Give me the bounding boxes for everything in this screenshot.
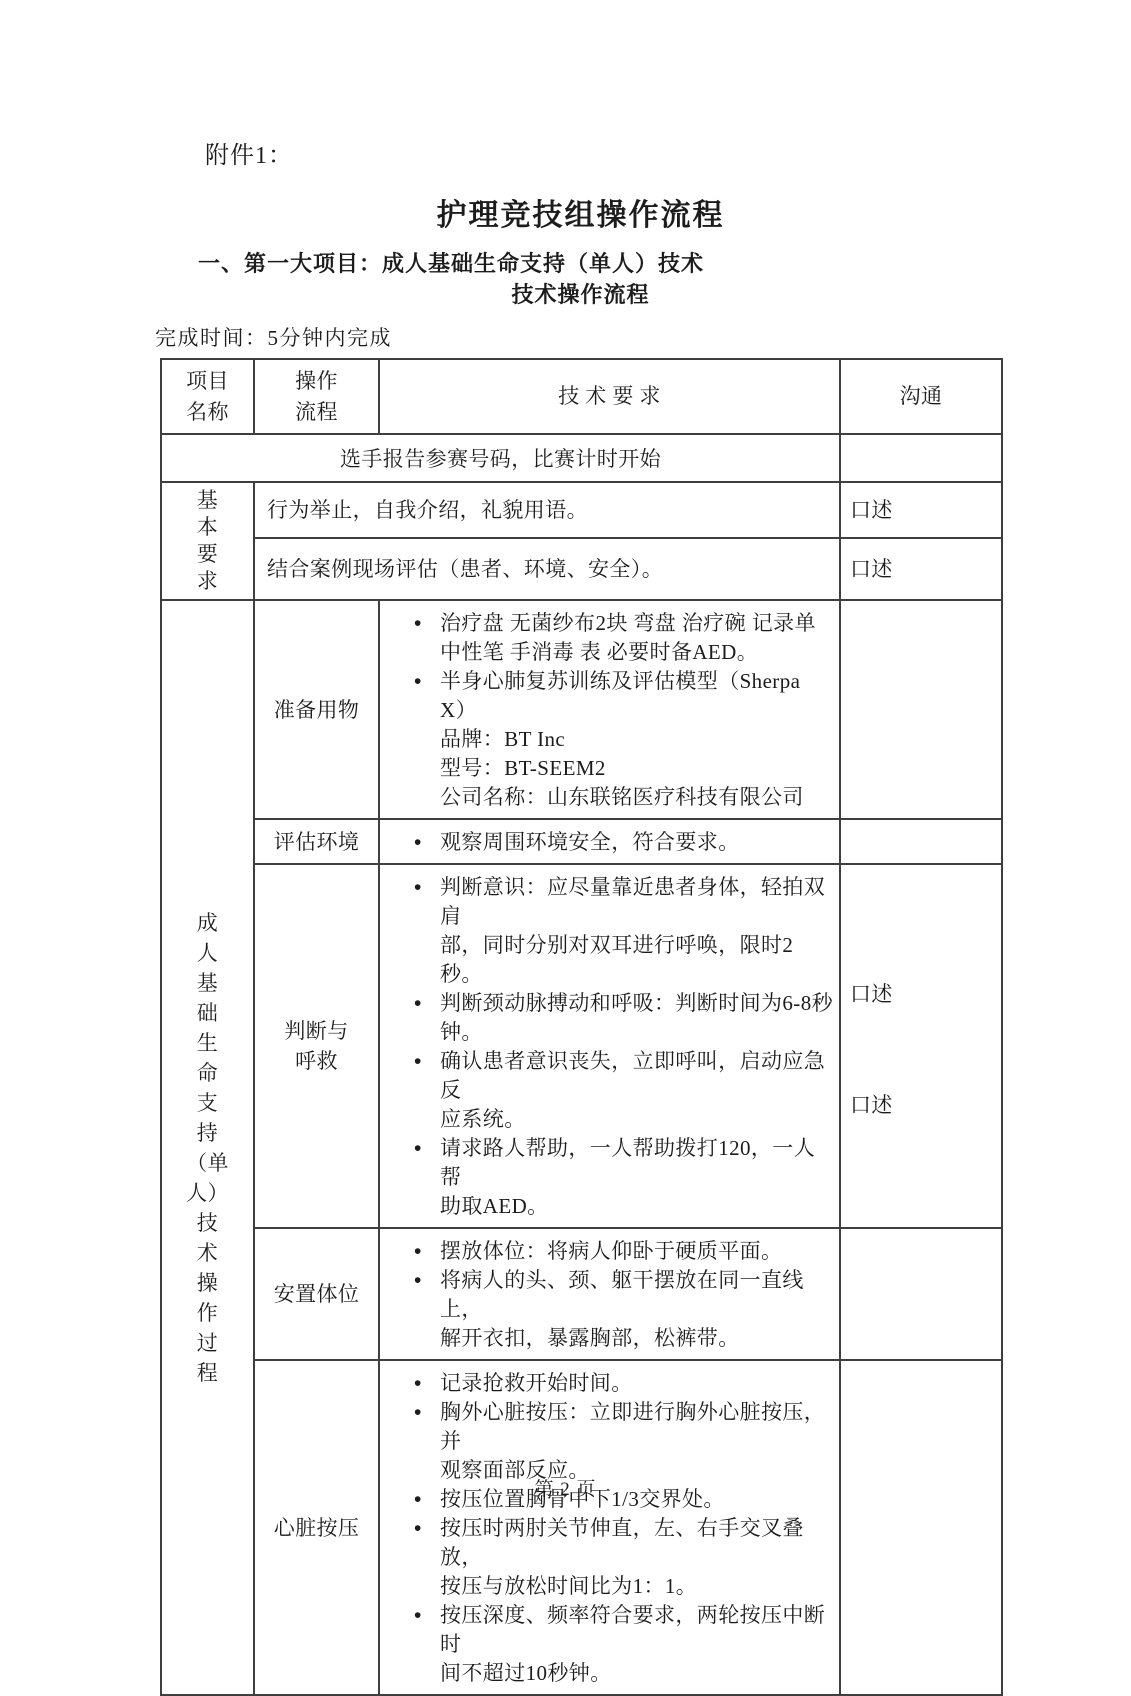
step-name-judge-and-call: 判断与 呼救: [254, 864, 379, 1228]
step-name-assess-environment: 评估环境: [254, 819, 379, 864]
bullet-item: 判断意识：应尽量靠近患者身体，轻拍双肩 部，同时分别对双耳进行呼唤，限时2秒。: [414, 873, 833, 989]
step-content-prepare-supplies: 治疗盘 无菌纱布2块 弯盘 治疗碗 记录单 中性笔 手消毒 表 必要时备AED。…: [379, 600, 840, 819]
document-page: { "page": { "attachment_label": "附件1：", …: [0, 0, 1131, 1600]
comm-note: 口述: [850, 1091, 1001, 1120]
bullet-item: 判断颈动脉搏动和呼吸：判断时间为6-8秒 钟。: [414, 989, 833, 1047]
bullet-item: 胸外心脏按压：立即进行胸外心脏按压，并 观察面部反应。: [414, 1398, 833, 1485]
table-row: 安置体位 摆放体位：将病人仰卧于硬质平面。 将病人的头、颈、躯干摆放在同一直线上…: [161, 1228, 1002, 1360]
bullet-item: 按压深度、频率符合要求，两轮按压中断时 间不超过10秒钟。: [414, 1601, 833, 1688]
bullet-item: 确认患者意识丧失，立即呼叫，启动应急反 应系统。: [414, 1047, 833, 1134]
completion-time-note: 完成时间：5分钟内完成: [155, 322, 392, 352]
step-content-judge-and-call: 判断意识：应尽量靠近患者身体，轻拍双肩 部，同时分别对双耳进行呼唤，限时2秒。 …: [379, 864, 840, 1228]
bullet-item: 摆放体位：将病人仰卧于硬质平面。: [414, 1237, 833, 1266]
start-row-text: 选手报告参赛号码，比赛计时开始: [161, 434, 840, 482]
basic-requirement-2: 结合案例现场评估（患者、环境、安全）。: [254, 538, 840, 600]
table-row: 判断与 呼救 判断意识：应尽量靠近患者身体，轻拍双肩 部，同时分别对双耳进行呼唤…: [161, 864, 1002, 1228]
comm-basic-1: 口述: [840, 482, 1002, 538]
bullet-item: 按压时两肘关节伸直，左、右手交叉叠放， 按压与放松时间比为1：1。: [414, 1514, 833, 1601]
start-row: 选手报告参赛号码，比赛计时开始: [161, 434, 1002, 482]
step-content-chest-compression: 记录抢救开始时间。 胸外心脏按压：立即进行胸外心脏按压，并 观察面部反应。 按压…: [379, 1360, 840, 1695]
comm-assess-environment: [840, 819, 1002, 864]
table-row: 心脏按压 记录抢救开始时间。 胸外心脏按压：立即进行胸外心脏按压，并 观察面部反…: [161, 1360, 1002, 1695]
table-row: 结合案例现场评估（患者、环境、安全）。 口述: [161, 538, 1002, 600]
page-number: 第 2 页: [0, 1474, 1131, 1501]
comm-judge-and-call: 口述 口述: [840, 864, 1002, 1228]
table-row: 评估环境 观察周围环境安全，符合要求。: [161, 819, 1002, 864]
bullet-item: 观察周围环境安全，符合要求。: [414, 828, 833, 857]
attachment-label: 附件1：: [205, 135, 293, 170]
comm-position-patient: [840, 1228, 1002, 1360]
bullet-item: 半身心肺复苏训练及评估模型（Sherpa X） 品牌：BT Inc 型号：BT-…: [414, 667, 833, 812]
process-section-label: 成 人 基 础 生 命 支 持 （单 人） 技 术 操 作 过 程: [161, 600, 254, 1695]
comm-prepare-supplies: [840, 600, 1002, 819]
header-project-name: 项目 名称: [161, 359, 254, 434]
start-row-comm-cell: [840, 434, 1002, 482]
header-operation-flow: 操作 流程: [254, 359, 379, 434]
header-communication: 沟通: [840, 359, 1002, 434]
step-name-chest-compression: 心脏按压: [254, 1360, 379, 1695]
bullet-item: 将病人的头、颈、躯干摆放在同一直线上， 解开衣扣，暴露胸部，松裤带。: [414, 1266, 833, 1353]
step-name-position-patient: 安置体位: [254, 1228, 379, 1360]
step-content-position-patient: 摆放体位：将病人仰卧于硬质平面。 将病人的头、颈、躯干摆放在同一直线上， 解开衣…: [379, 1228, 840, 1360]
table-row: 成 人 基 础 生 命 支 持 （单 人） 技 术 操 作 过 程 准备用物 治…: [161, 600, 1002, 819]
bullet-item: 治疗盘 无菌纱布2块 弯盘 治疗碗 记录单 中性笔 手消毒 表 必要时备AED。: [414, 609, 833, 667]
comm-basic-2: 口述: [840, 538, 1002, 600]
comm-chest-compression: [840, 1360, 1002, 1695]
section-subheading: 技术操作流程: [160, 278, 1001, 309]
bullet-item: 记录抢救开始时间。: [414, 1369, 833, 1398]
header-technical-requirements: 技 术 要 求: [379, 359, 840, 434]
bullet-item: 请求路人帮助，一人帮助拨打120，一人帮 助取AED。: [414, 1134, 833, 1221]
page-title: 护理竞技组操作流程: [160, 190, 1001, 234]
section-heading: 一、第一大项目：成人基础生命支持（单人）技术: [198, 247, 704, 278]
comm-note: 口述: [850, 980, 1001, 1009]
basic-requirements-label: 基 本 要 求: [161, 482, 254, 600]
step-content-assess-environment: 观察周围环境安全，符合要求。: [379, 819, 840, 864]
step-name-prepare-supplies: 准备用物: [254, 600, 379, 819]
table-header-row: 项目 名称 操作 流程 技 术 要 求 沟通: [161, 359, 1002, 434]
basic-requirement-1: 行为举止，自我介绍，礼貌用语。: [254, 482, 840, 538]
table-row: 基 本 要 求 行为举止，自我介绍，礼貌用语。 口述: [161, 482, 1002, 538]
